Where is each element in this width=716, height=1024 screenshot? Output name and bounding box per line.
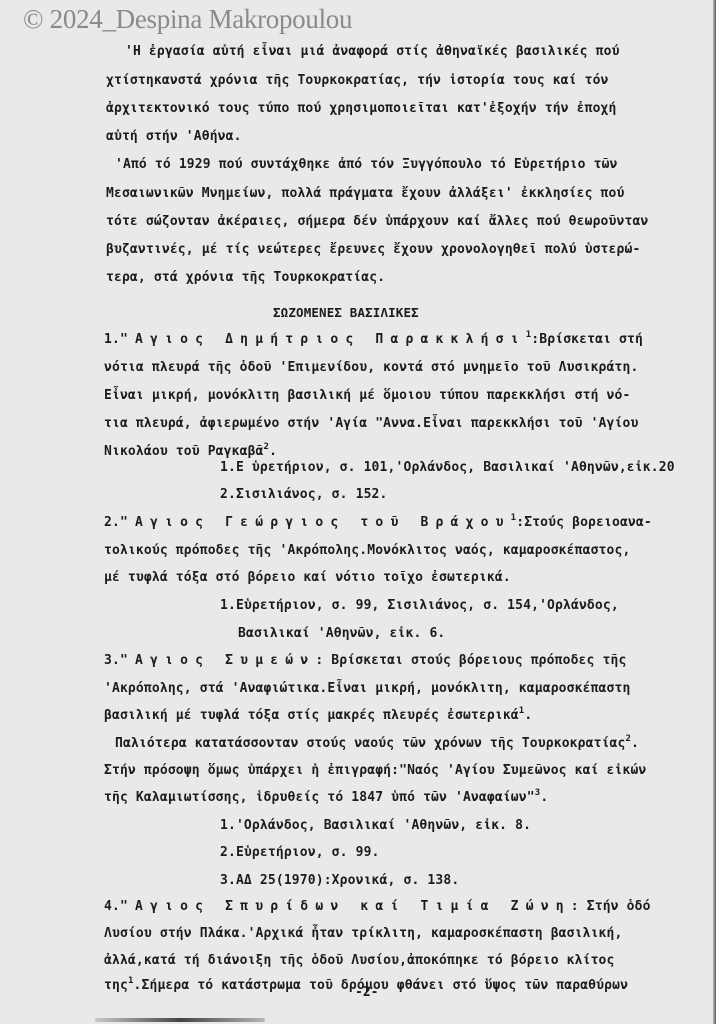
church-name: "Αγιος Σπυρίδων καί Τιμία Ζώνη <box>120 899 571 914</box>
entry-number: 1. <box>104 332 120 347</box>
intro-line: αὐτή στήν 'Αθήνα. <box>106 129 242 145</box>
page-number: -2- <box>355 985 378 1000</box>
intro-line: Μεσαιωνικῶν Μνημείων, πολλά πράγματα ἔχο… <box>106 186 624 202</box>
entry-line: 'Ακρόπολης, στά 'Αναφιώτικα.Εἶναι μικρή,… <box>104 681 630 697</box>
entry-lead: :Βρίσκεται στή <box>531 332 643 347</box>
entry-line: ἀλλά,κατά τή διάνοιξη τῆς ὁδοῦ Λυσίου,ἀπ… <box>104 953 615 969</box>
entry-number: 3. <box>104 653 120 668</box>
footnote: 2.Σισιλιάνος, σ. 152. <box>220 487 388 503</box>
intro-line: τερα, στά χρόνια τῆς Τουρκοκρατίας. <box>106 270 385 286</box>
entry-4-title-line: 4."Αγιος Σπυρίδων καί Τιμία Ζώνη: Στήν ὁ… <box>104 899 651 915</box>
footnote: Βασιλικαί 'Αθηνῶν, εἰκ. 6. <box>238 626 445 642</box>
intro-line: 'Από τό 1929 πού συντάχθηκε ἀπό τόν Ξυγγ… <box>115 157 618 173</box>
intro-line: χτίστηκανστά χρόνια τῆς Τουρκοκρατίας, τ… <box>106 73 609 89</box>
entry-text: της <box>104 978 128 993</box>
entry-line: Εἶναι μικρή, μονόκλιτη βασιλική μέ ὅμοιο… <box>104 388 630 404</box>
entry-line: νότια πλευρά τῆς ὁδοῦ 'Επιμενίδου, κοντά… <box>104 360 638 376</box>
entry-number: 2. <box>104 515 120 530</box>
intro-line: 'Η ἐργασία αὐτή εἶναι μιά ἀναφορά στίς ἀ… <box>125 44 620 60</box>
church-name: "Αγιος Γεώργιος τοῦ Βράχου <box>120 515 511 530</box>
intro-line: τότε σώζονταν ἀκέραιες, σήμερα δέν ὑπάρχ… <box>106 214 648 230</box>
entry-2-title-line: 2."Αγιος Γεώργιος τοῦ Βράχου1:Στούς βορε… <box>104 515 652 531</box>
entry-lead: : Βρίσκεται στούς βόρειους πρόποδες τῆς <box>315 653 626 668</box>
scan-shadow <box>95 1018 265 1022</box>
entry-line: Λυσίου στήν Πλάκα.'Αρχικά ἦταν τρίκλιτη,… <box>104 926 622 942</box>
entry-text: βασιλική μέ τυφλά τόξα στίς μακρές πλευρ… <box>104 708 519 723</box>
footnote: 1.Εὑρετήριον, σ. 99, Σισιλιάνος, σ. 154,… <box>220 598 619 614</box>
section-heading: ΣΩΖΟΜΕΝΕΣ ΒΑΣΙΛΙΚΕΣ <box>273 305 419 321</box>
entry-3-title-line: 3."Αγιος Συμεών: Βρίσκεται στούς βόρειου… <box>104 653 626 669</box>
entry-text: τῆς Καλαμιωτίσσης, ἱδρυθείς τό 1847 ὑπό … <box>104 790 535 805</box>
entry-line: τολικούς πρόποδες τῆς 'Ακρόπολης.Μονόκλι… <box>104 543 630 559</box>
entry-number: 4. <box>104 899 120 914</box>
church-name: "Αγιος Συμεών <box>120 653 315 668</box>
entry-text: Παλιότερα κατατάσσονταν στούς ναούς τῶν … <box>115 736 626 751</box>
entry-lead: :Στούς βορειοανα- <box>516 515 652 530</box>
entry-line: Στήν πρόσοψη ὅμως ὑπάρχει ἡ ἐπιγραφή:"Να… <box>104 763 646 779</box>
intro-line: ἀρχιτεκτονικό τους τύπο πού χρησιμοποιεῖ… <box>106 101 617 117</box>
entry-text: Νικολάου τοῦ Ραγκαβᾶ <box>104 444 264 459</box>
entry-1-title-line: 1."Αγιος Δημήτριος Παρακκλήσι1:Βρίσκεται… <box>104 332 643 348</box>
footnote: 1.Ε ὑρετήριον, σ. 101,'Ορλάνδος, Βασιλικ… <box>220 460 675 476</box>
entry-line: Νικολάου τοῦ Ραγκαβᾶ2. <box>104 444 277 460</box>
intro-line: βυζαντινές, μέ τίς νεώτερες ἔρευνες ἔχου… <box>106 242 640 258</box>
copyright-watermark: © 2024_Despina Makropoulou <box>23 4 352 35</box>
footnote: 2.Εὑρετήριον, σ. 99. <box>220 845 380 861</box>
entry-line: τῆς Καλαμιωτίσσης, ἱδρυθείς τό 1847 ὑπό … <box>104 790 548 806</box>
entry-line: τια πλευρά, ἀφιερωμένο στήν 'Αγία "Αννα.… <box>104 416 638 432</box>
entry-lead: : Στήν ὁδό <box>571 899 651 914</box>
footnote: 3.ΑΔ 25(1970):Χρονικά, σ. 138. <box>220 873 459 889</box>
entry-line: Παλιότερα κατατάσσονταν στούς ναούς τῶν … <box>115 736 639 752</box>
entry-text: .Σήμερα τό κατάστρωμα τοῦ δρόμου φθάνει … <box>134 978 629 993</box>
entry-line: μέ τυφλά τόξα στό βόρειο καί νότιο τοῖχο… <box>104 570 511 586</box>
footnote: 1.'Ορλάνδος, Βασιλικαί 'Αθηνῶν, εἰκ. 8. <box>220 818 531 834</box>
entry-line: βασιλική μέ τυφλά τόξα στίς μακρές πλευρ… <box>104 708 532 724</box>
church-name: "Αγιος Δημήτριος Παρακκλήσι <box>120 332 526 347</box>
